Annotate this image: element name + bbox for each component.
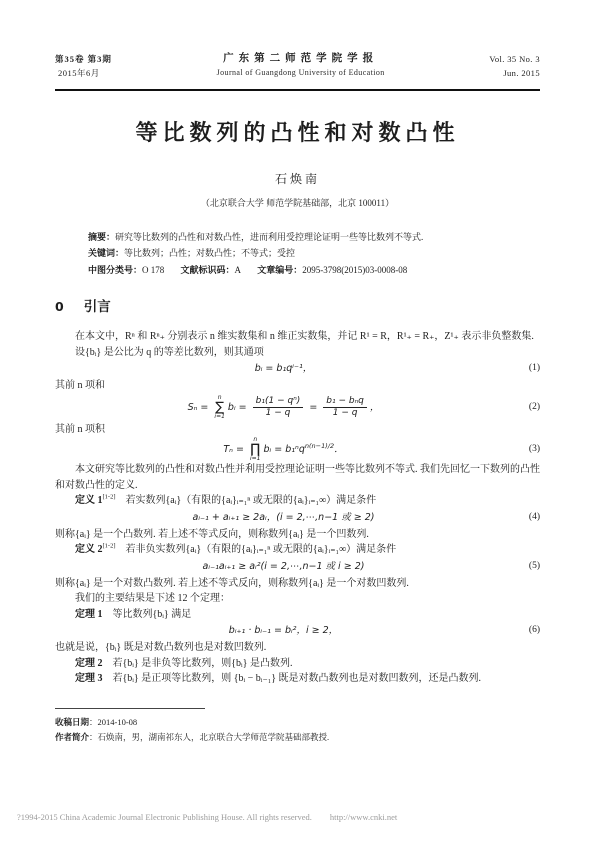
eq3-mid: bᵢ = b₁ⁿq [263, 444, 304, 455]
eq2-mid: bᵢ = [228, 402, 250, 413]
theorem-3: 定理 3 若{bᵢ} 是正项等比数列，则 {bᵢ − bᵢ₋₁} 既是对数凸数列… [55, 671, 540, 687]
equation-6-number: (6) [512, 623, 540, 639]
definition-2-text: 若非负实数列{aᵢ}（有限的{aᵢ}ᵢ₌₁ⁿ 或无限的{aᵢ}ᵢ₌₁∞）满足条件 [116, 544, 397, 555]
eq3-exponent: n(n−1)/2 [305, 442, 334, 450]
author-bio-label: 作者简介 [55, 732, 89, 742]
equation-4: aᵢ₋₁ + aᵢ₊₁ ≥ 2aᵢ，(i = 2,⋯,n−1 或 ≥ 2) (4… [55, 509, 540, 527]
journal-header: 第35卷 第3期 2015年6月 广东第二师范学院学报 Journal of G… [55, 52, 540, 91]
article-id-label: 文章编号： [257, 265, 302, 275]
received-date-value: ：2014-10-08 [89, 717, 137, 727]
volume-issue-cn: 第35卷 第3期 [55, 52, 112, 66]
equation-2: Sₙ = n∑i=1bᵢ = b₁(1 − qⁿ)1 − q = b₁ − bₙ… [55, 394, 540, 422]
journal-name-block: 广东第二师范学院学报 Journal of Guangdong Universi… [112, 52, 489, 80]
author-affiliation: （北京联合大学 师范学院基础部，北京 100011） [55, 196, 540, 209]
theorem-2: 定理 2 若{bᵢ} 是非负等比数列，则{bᵢ} 是凸数列. [55, 656, 540, 672]
received-date-label: 收稿日期 [55, 717, 89, 727]
author-bio-line: 作者简介：石焕南，男，湖南祁东人，北京联合大学师范学院基础部教授. [55, 730, 540, 745]
section-number: 0 [55, 299, 64, 314]
classification-line: 中图分类号：O 178 文献标识码：A 文章编号：2095-3798(2015)… [88, 262, 510, 279]
paragraph-intro: 在本文中，Rⁿ 和 Rⁿ₊ 分别表示 n 维实数集和 n 维正实数集，并记 R¹… [55, 329, 540, 345]
section-title: 引言 [84, 299, 111, 314]
abstract-label: 摘要： [88, 232, 115, 242]
equation-3: Tₙ = n∏i=1bᵢ = b₁ⁿqn(n−1)/2． (3) [55, 437, 540, 462]
equation-5-formula: aᵢ₋₁aᵢ₊₁ ≥ aᵢ²(i = 2,⋯,n−1 或 i ≥ 2) [55, 559, 512, 575]
equation-6-formula: bᵢ₊₁ · bᵢ₋₁ = bᵢ²，i ≥ 2， [55, 623, 512, 639]
equation-5-number: (5) [512, 559, 540, 575]
definition-1: 定义 1[1-2] 若实数列{aᵢ}（有限的{aᵢ}ᵢ₌₁ⁿ 或无限的{aᵢ}ᵢ… [55, 493, 540, 509]
eq2-lhs: Sₙ = [188, 402, 212, 413]
abstract-text: 研究等比数列的凸性和对数凸性，进而利用受控理论证明一些等比数列不等式. [115, 232, 423, 242]
doc-code-label: 文献标识码： [181, 265, 235, 275]
issue-date-cn: 2015年6月 [55, 66, 112, 80]
theorem-3-label: 定理 3 [75, 673, 103, 684]
keywords-label: 关键词： [88, 248, 124, 258]
footnote-divider [55, 708, 205, 709]
definition-1-label: 定义 1 [75, 495, 103, 506]
eq2-tail: ， [370, 402, 380, 413]
body-text: 在本文中，Rⁿ 和 Rⁿ₊ 分别表示 n 维实数集和 n 维正实数集，并记 R¹… [55, 329, 540, 687]
header-issue-block: 第35卷 第3期 2015年6月 [55, 52, 112, 80]
equation-1-formula: bᵢ = b₁qⁱ⁻¹， [55, 361, 512, 377]
equation-1-number: (1) [512, 361, 540, 377]
author-name: 石焕南 [55, 170, 540, 187]
received-date-line: 收稿日期：2014-10-08 [55, 715, 540, 730]
sum-operator: n∑i=1 [214, 395, 225, 420]
theorem-2-text: 若{bᵢ} 是非负等比数列，则{bᵢ} 是凸数列. [103, 658, 293, 669]
equation-4-number: (4) [512, 510, 540, 526]
abstract-line: 摘要：研究等比数列的凸性和对数凸性，进而利用受控理论证明一些等比数列不等式. [88, 229, 510, 246]
paper-title: 等比数列的凸性和对数凸性 [55, 119, 540, 148]
doc-code-value: A [235, 265, 242, 275]
equation-2-number: (2) [512, 400, 540, 416]
copyright-text: ?1994-2015 China Academic Journal Electr… [17, 812, 312, 822]
paragraph-overview: 本文研究等比数列的凸性和对数凸性并利用受控理论证明一些等比数列不等式. 我们先回… [55, 462, 540, 493]
product-operator: n∏i=1 [250, 437, 261, 462]
definition-2: 定义 2[1-2] 若非负实数列{aᵢ}（有限的{aᵢ}ᵢ₌₁ⁿ 或无限的{aᵢ… [55, 542, 540, 558]
definition-1-citation: [1-2] [103, 494, 116, 501]
paragraph-product-intro: 其前 n 项积 [55, 422, 540, 438]
equation-4-formula: aᵢ₋₁ + aᵢ₊₁ ≥ 2aᵢ，(i = 2,⋯,n−1 或 ≥ 2) [55, 510, 512, 526]
theorem-2-label: 定理 2 [75, 658, 103, 669]
equation-3-number: (3) [512, 442, 540, 458]
issue-date-en: Jun. 2015 [489, 66, 540, 80]
author-bio-value: ：石焕南，男，湖南祁东人，北京联合大学师范学院基础部教授. [89, 732, 329, 742]
section-heading: 0引言 [55, 298, 540, 316]
fraction-2: b₁ − bₙq1 − q [323, 396, 367, 420]
equation-1: bᵢ = b₁qⁱ⁻¹， (1) [55, 360, 540, 378]
paper-page: 第35卷 第3期 2015年6月 广东第二师范学院学报 Journal of G… [0, 0, 595, 842]
equation-2-formula: Sₙ = n∑i=1bᵢ = b₁(1 − qⁿ)1 − q = b₁ − bₙ… [55, 395, 512, 420]
eq2-equals: = [306, 402, 320, 413]
equation-6: bᵢ₊₁ · bᵢ₋₁ = bᵢ²，i ≥ 2， (6) [55, 622, 540, 640]
theorem-3-text: 若{bᵢ} 是正项等比数列，则 {bᵢ − bᵢ₋₁} 既是对数凸数列也是对数凹… [103, 673, 482, 684]
paragraph-setup: 设{bᵢ} 是公比为 q 的等差比数列，则其通项 [55, 345, 540, 361]
paragraph-theorem1-note: 也就是说，{bᵢ} 既是对数凸数列也是对数凹数列. [55, 640, 540, 656]
eq3-tail: ． [334, 444, 344, 455]
paragraph-logconvex-def: 则称{aᵢ} 是一个对数凸数列. 若上述不等式反向，则称数列{aᵢ} 是一个对数… [55, 576, 540, 592]
theorem-1-text: 等比数列{bᵢ} 满足 [103, 609, 192, 620]
article-id-value: 2095-3798(2015)03-0008-08 [302, 265, 407, 275]
equation-3-formula: Tₙ = n∏i=1bᵢ = b₁ⁿqn(n−1)/2． [55, 437, 512, 462]
footnote-block: 收稿日期：2014-10-08 作者简介：石焕南，男，湖南祁东人，北京联合大学师… [55, 708, 540, 745]
eq3-lhs: Tₙ = [223, 444, 247, 455]
header-volume-block: Vol. 35 No. 3 Jun. 2015 [489, 52, 540, 80]
definition-2-label: 定义 2 [75, 544, 103, 555]
journal-name-en: Journal of Guangdong University of Educa… [112, 66, 489, 80]
cnki-url: http://www.cnki.net [330, 812, 397, 822]
clc-label: 中图分类号： [88, 265, 142, 275]
copyright-line: ?1994-2015 China Academic Journal Electr… [17, 812, 578, 822]
paragraph-sum-intro: 其前 n 项和 [55, 378, 540, 394]
meta-block: 摘要：研究等比数列的凸性和对数凸性，进而利用受控理论证明一些等比数列不等式. 关… [88, 229, 510, 279]
paragraph-convex-def: 则称{aᵢ} 是一个凸数列. 若上述不等式反向，则称数列{aᵢ} 是一个凹数列. [55, 527, 540, 543]
definition-2-citation: [1-2] [103, 543, 116, 550]
paragraph-main-results: 我们的主要结果是下述 12 个定理： [55, 591, 540, 607]
equation-5: aᵢ₋₁aᵢ₊₁ ≥ aᵢ²(i = 2,⋯,n−1 或 i ≥ 2) (5) [55, 558, 540, 576]
fraction-1: b₁(1 − qⁿ)1 − q [253, 396, 304, 420]
clc-value: O 178 [142, 265, 164, 275]
keywords-text: 等比数列；凸性；对数凸性；不等式；受控 [124, 248, 295, 258]
theorem-1-label: 定理 1 [75, 609, 103, 620]
definition-1-text: 若实数列{aᵢ}（有限的{aᵢ}ᵢ₌₁ⁿ 或无限的{aᵢ}ᵢ₌₁∞）满足条件 [116, 495, 377, 506]
theorem-1: 定理 1 等比数列{bᵢ} 满足 [55, 607, 540, 623]
keywords-line: 关键词：等比数列；凸性；对数凸性；不等式；受控 [88, 245, 510, 262]
journal-name-cn: 广东第二师范学院学报 [112, 52, 489, 66]
volume-issue-en: Vol. 35 No. 3 [489, 52, 540, 66]
